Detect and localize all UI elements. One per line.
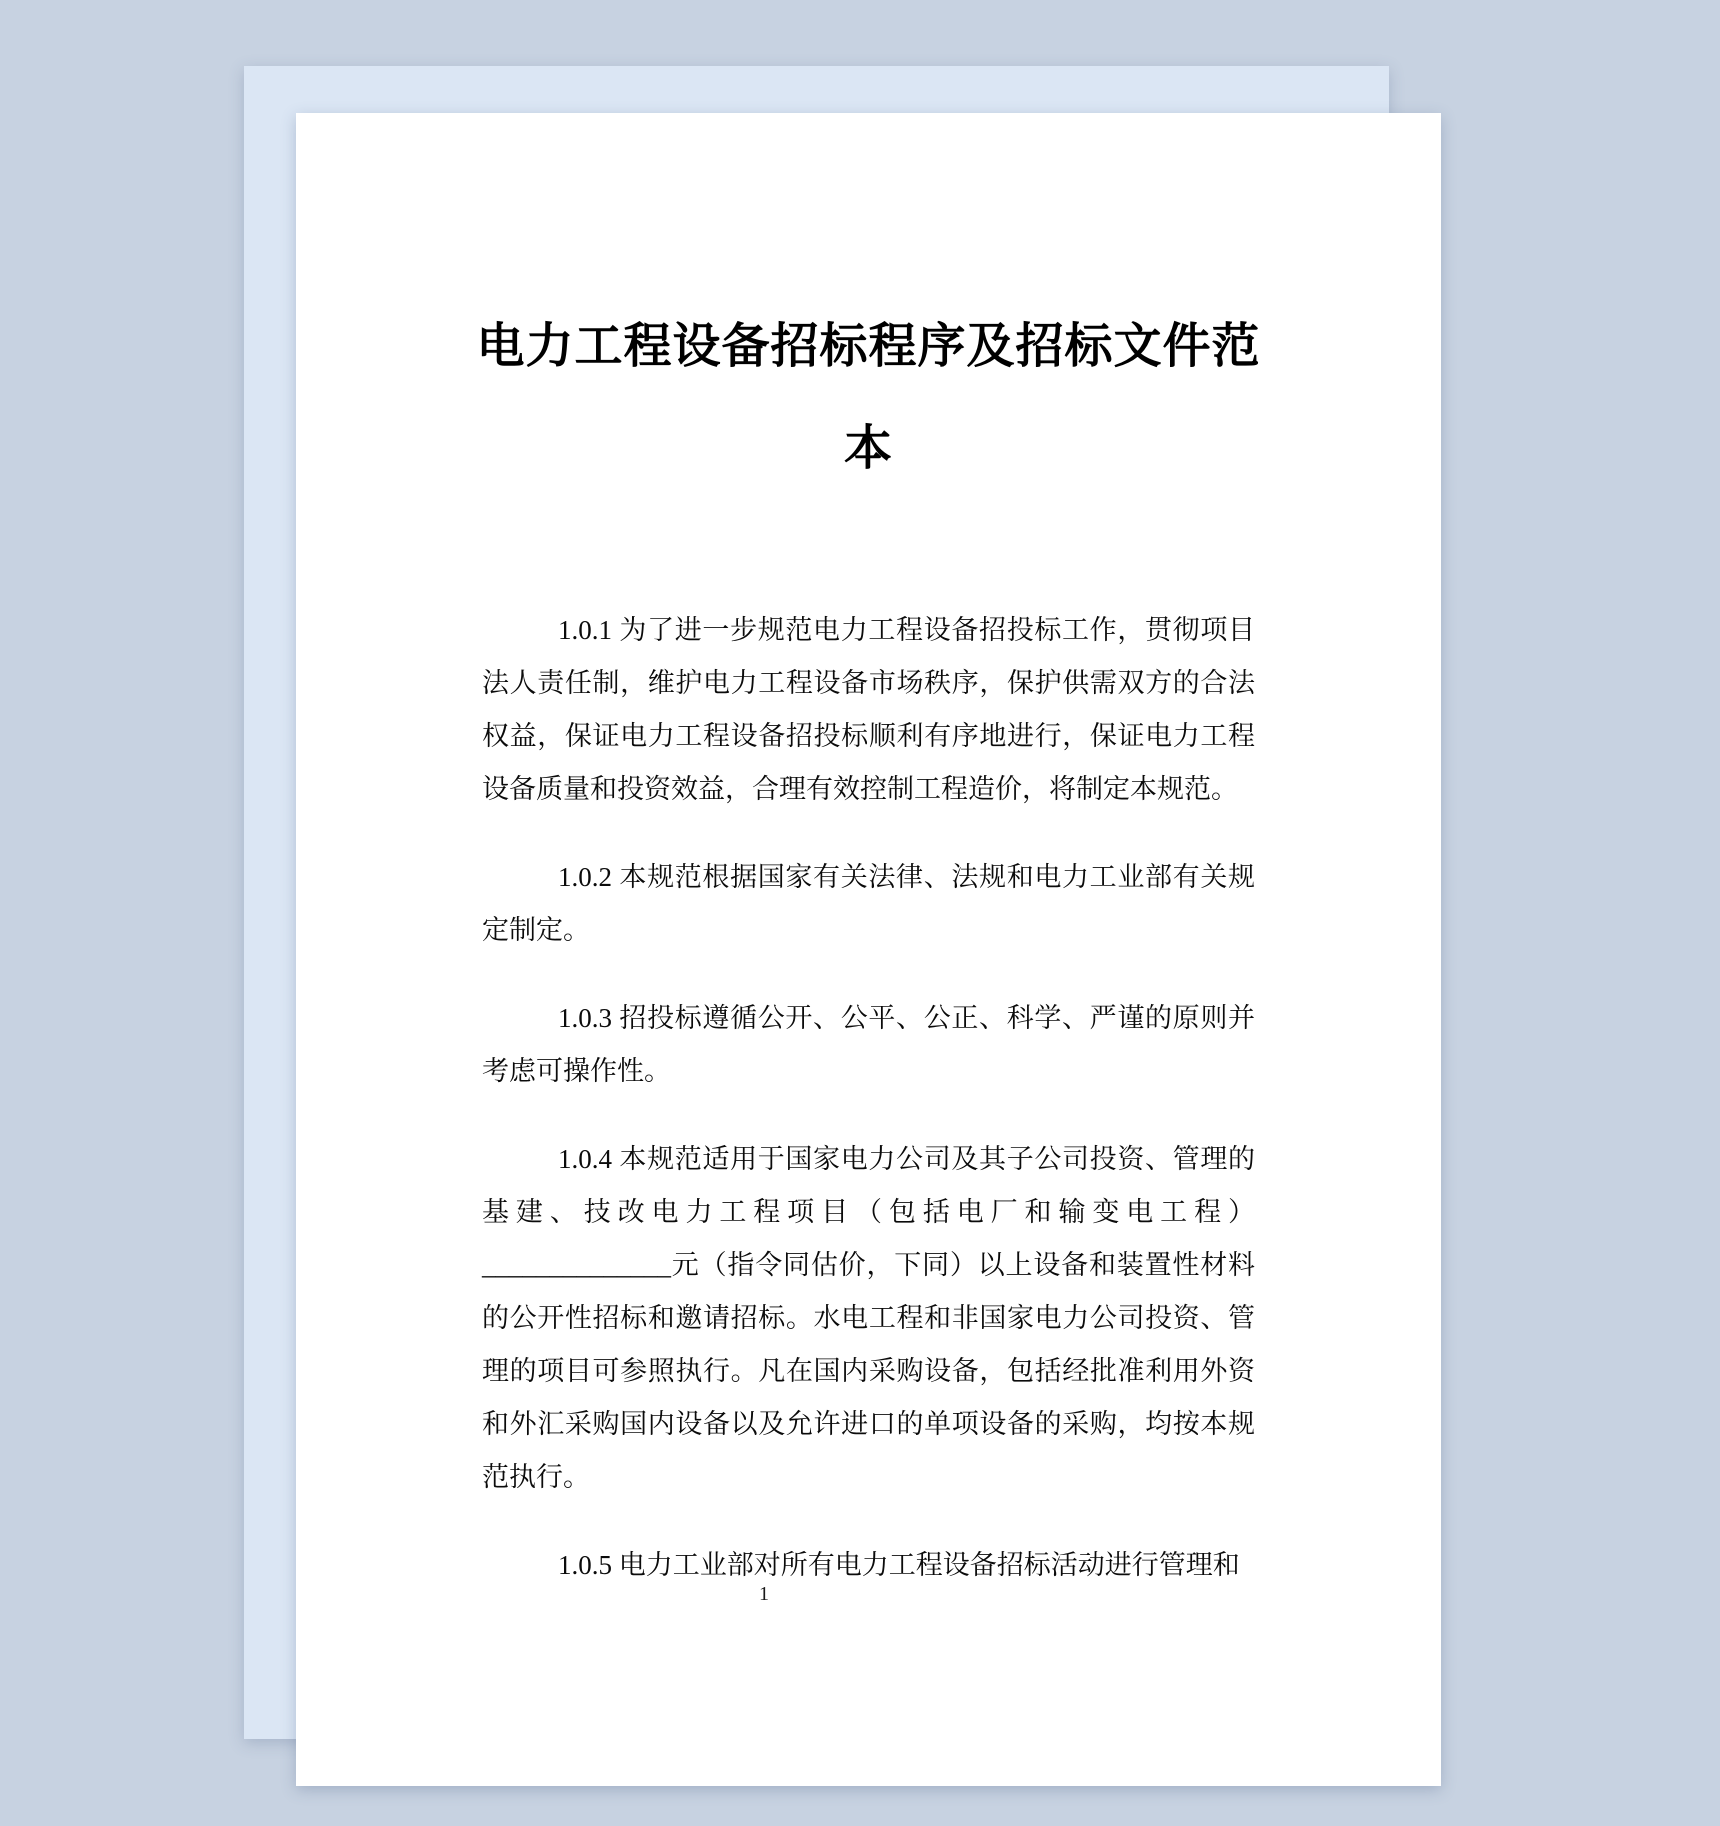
document-title: 电力工程设备招标程序及招标文件范 本 [296,296,1441,500]
document-title-line-1: 电力工程设备招标程序及招标文件范 [296,296,1441,398]
paragraph-1-0-3: 1.0.3 招投标遵循公开、公平、公正、科学、严谨的原则并考虑可操作性。 [482,992,1255,1098]
paragraph-1-0-2: 1.0.2 本规范根据国家有关法律、法规和电力工业部有关规定制定。 [482,851,1255,957]
document-title-line-2: 本 [296,398,1441,500]
paragraph-1-0-4: 1.0.4 本规范适用于国家电力公司及其子公司投资、管理的基建、技改电力工程项目… [482,1133,1255,1504]
page-number: 1 [744,1583,784,1605]
document-body: 1.0.1 为了进一步规范电力工程设备招投标工作，贯彻项目法人责任制，维护电力工… [482,604,1255,1592]
document-page: 电力工程设备招标程序及招标文件范 本 1.0.1 为了进一步规范电力工程设备招投… [296,113,1441,1786]
preview-background: { "page": { "background_color": "#c7d2e1… [0,0,1720,1826]
paragraph-1-0-5: 1.0.5 电力工业部对所有电力工程设备招标活动进行管理和 [482,1539,1255,1592]
paragraph-1-0-1: 1.0.1 为了进一步规范电力工程设备招投标工作，贯彻项目法人责任制，维护电力工… [482,604,1255,816]
